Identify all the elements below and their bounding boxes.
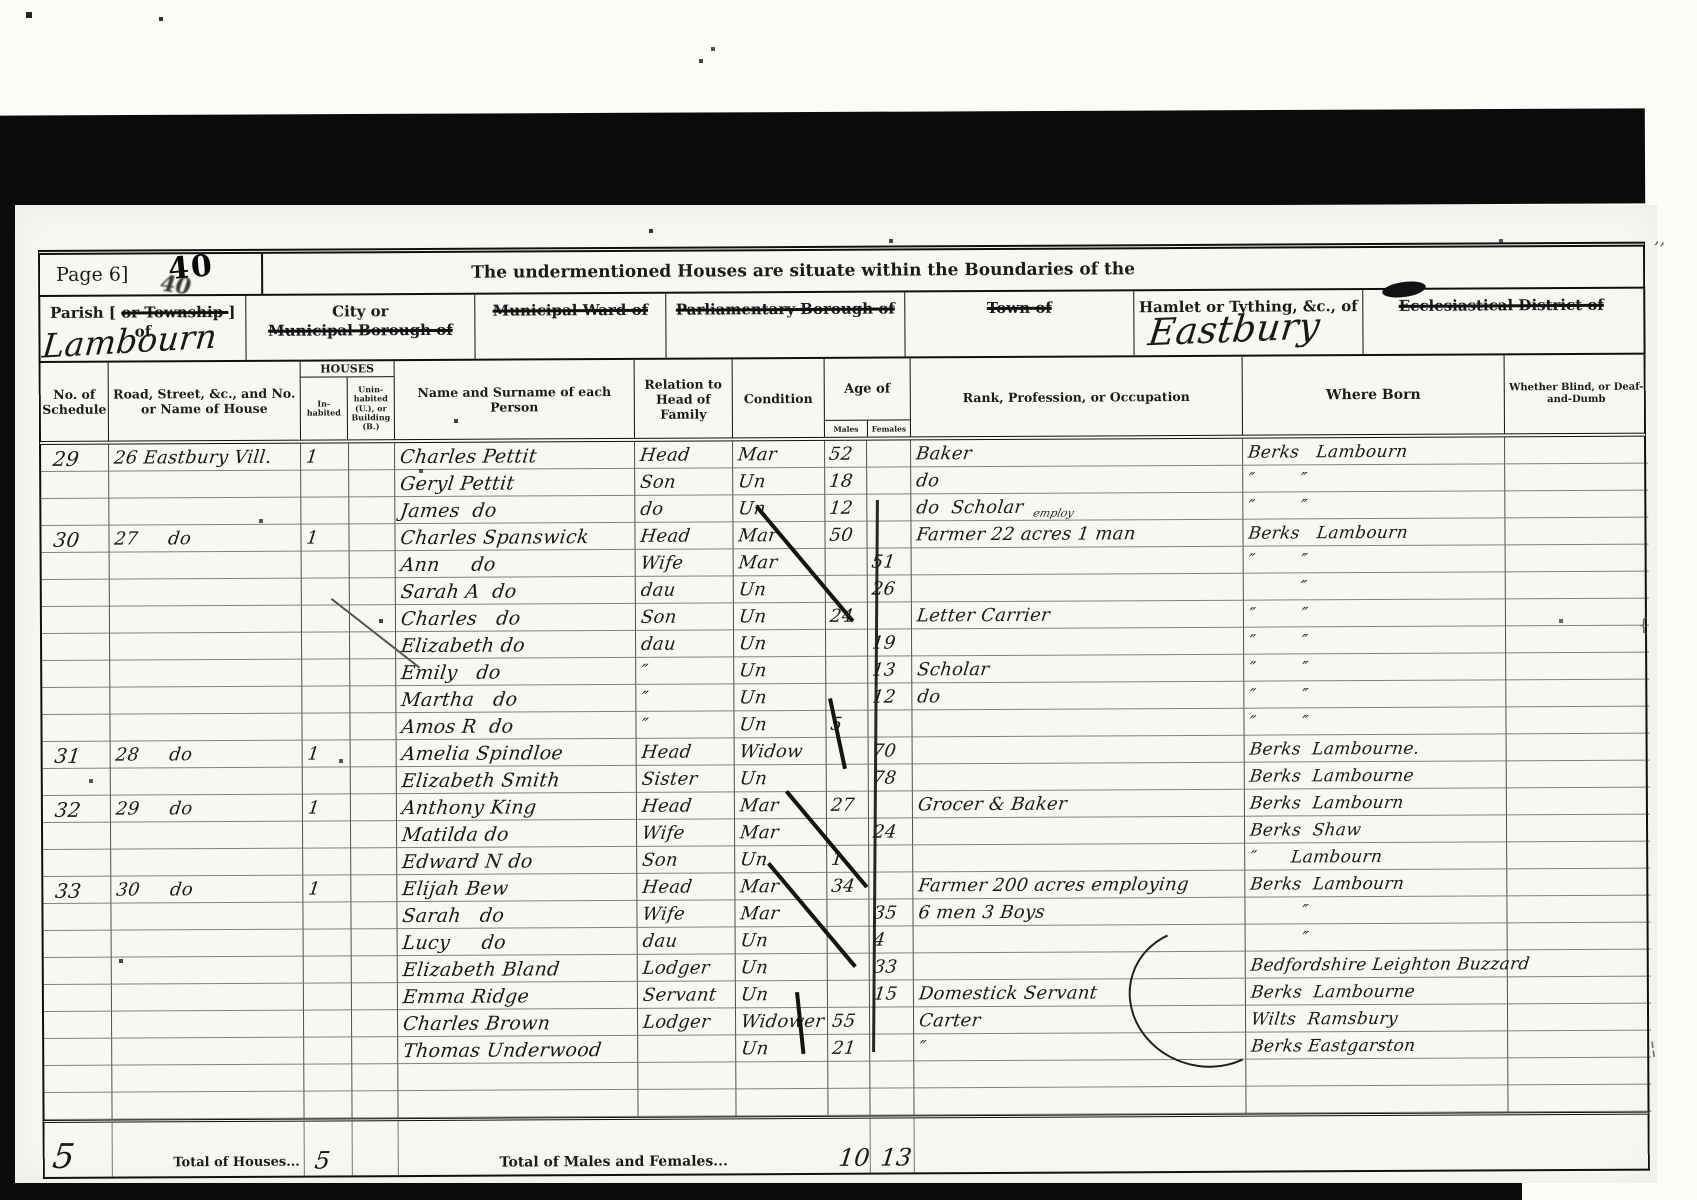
cell-occ bbox=[912, 628, 1244, 657]
totals-mf-label: Total of Males and Females... bbox=[399, 1119, 829, 1175]
col-header-schedule-line1: No. of bbox=[53, 387, 95, 402]
cell-f-value: 78 bbox=[867, 767, 897, 791]
cell-schedule bbox=[44, 985, 112, 1012]
cell-m bbox=[827, 765, 869, 792]
cell-uninh bbox=[349, 497, 395, 524]
cell-born-value: ″ Lambourn bbox=[1244, 845, 1384, 870]
cell-schedule bbox=[41, 499, 109, 526]
cell-name: Elijah Bew bbox=[397, 874, 637, 902]
cell-schedule-value: 31 bbox=[41, 744, 82, 768]
totals-schedule-figure: 5 bbox=[45, 1123, 113, 1177]
cell-rel-value: ″ bbox=[635, 660, 650, 684]
cell-blind bbox=[1507, 842, 1650, 870]
totals-males-value: 10 bbox=[827, 1143, 872, 1173]
cell-name-value: Lucy do bbox=[396, 931, 507, 956]
col-header-occupation: Rank, Profession, or Occupation bbox=[911, 357, 1243, 437]
cell-house: 27 do bbox=[109, 525, 301, 553]
cell-house bbox=[112, 957, 304, 985]
cell-born-value: Berks Lambourn bbox=[1244, 791, 1406, 816]
census-form: Page 6] The undermentioned Houses are si… bbox=[38, 242, 1650, 1179]
cell-m-value: 34 bbox=[826, 875, 856, 899]
cell-m bbox=[826, 657, 868, 684]
cell-born: Berks Lambourn bbox=[1245, 869, 1507, 897]
cell-occ-value: Farmer 22 acres 1 man bbox=[910, 522, 1137, 547]
district-label: Municipal Borough of bbox=[268, 321, 453, 340]
cell-uninh bbox=[352, 1037, 398, 1064]
totals-males-cell: 10 bbox=[829, 1119, 871, 1173]
cell-name: Elizabeth do bbox=[396, 631, 636, 659]
cell-born: ″ ″ bbox=[1244, 626, 1506, 654]
cell-blind bbox=[1505, 437, 1648, 465]
cell-rel-value: ″ bbox=[635, 687, 650, 711]
cell-inh-value: 1 bbox=[302, 878, 322, 902]
cell-rel: Wife bbox=[637, 819, 735, 847]
cell-f-value: 19 bbox=[867, 632, 897, 656]
cell-inh bbox=[303, 821, 351, 848]
cell-blind bbox=[1507, 788, 1650, 816]
cell-rel-value: Head bbox=[636, 876, 694, 900]
cell-born: ″ Lambourn bbox=[1245, 842, 1507, 870]
cell-occ-value: Grocer & Baker bbox=[912, 793, 1069, 818]
cell-m: 27 bbox=[827, 792, 869, 819]
cell-house bbox=[111, 903, 303, 931]
cell-occ-value: Letter Carrier bbox=[911, 604, 1052, 629]
cell-born-value: Berks Eastgarston bbox=[1245, 1034, 1417, 1059]
cell-schedule: 32 bbox=[43, 796, 111, 823]
cell-name: Emily do bbox=[396, 658, 636, 686]
cell-schedule bbox=[43, 904, 111, 931]
cell-uninh bbox=[351, 740, 397, 767]
cell-born-value: ″ ″ bbox=[1243, 683, 1310, 707]
district-box-4: Town of bbox=[905, 291, 1134, 356]
district-label: Parliamentary Borough of bbox=[676, 300, 895, 319]
cell-house bbox=[112, 1065, 304, 1093]
cell-occ: Baker bbox=[911, 439, 1243, 468]
cell-cond: Widower bbox=[736, 1008, 828, 1035]
cell-born: Berks Lambourne bbox=[1246, 977, 1508, 1005]
district-label: Municipal Ward of bbox=[493, 301, 648, 320]
cell-house bbox=[110, 579, 302, 607]
cell-uninh bbox=[350, 713, 396, 740]
district-boxes-row: Parish [ or Township ] of LambournCity o… bbox=[38, 289, 1645, 363]
cell-born-value: Berks Lambourne. bbox=[1243, 737, 1421, 762]
cell-m bbox=[828, 1062, 870, 1089]
cell-rel: dau bbox=[638, 927, 736, 955]
cell-name: Lucy do bbox=[398, 928, 638, 956]
cell-rel: ″ bbox=[636, 711, 734, 739]
cell-cond: Un bbox=[733, 468, 825, 495]
cell-name: Sarah A do bbox=[396, 577, 636, 605]
cell-born-value: Berks Lambourn bbox=[1242, 521, 1409, 546]
cell-house-value: 28 do bbox=[109, 743, 193, 767]
cell-m-value: 52 bbox=[824, 443, 854, 467]
cell-born: ″ ″ bbox=[1244, 653, 1506, 681]
cell-inh bbox=[304, 929, 352, 956]
cell-inh bbox=[302, 713, 350, 740]
cell-cond-value: Mar bbox=[732, 443, 778, 467]
cell-occ bbox=[912, 574, 1244, 603]
cell-rel-value: Head bbox=[634, 525, 692, 549]
cell-f bbox=[867, 521, 911, 548]
cell-f bbox=[867, 440, 911, 467]
cell-inh-value: 1 bbox=[300, 446, 320, 470]
cell-born-value: ″ ″ bbox=[1243, 710, 1310, 734]
cell-occ bbox=[913, 763, 1245, 792]
cell-cond: Un bbox=[734, 711, 826, 738]
cell-inh bbox=[304, 1064, 352, 1091]
cell-cond-value: Un bbox=[733, 686, 768, 710]
cell-occ: Farmer 22 acres 1 man bbox=[911, 520, 1243, 549]
cell-born: ″ ″ bbox=[1243, 491, 1505, 519]
cell-rel: Head bbox=[637, 792, 735, 820]
cell-name-value: Thomas Underwood bbox=[397, 1038, 603, 1063]
cell-blind bbox=[1505, 491, 1648, 519]
cell-uninh bbox=[351, 848, 397, 875]
cell-blind bbox=[1506, 707, 1649, 735]
cell-occ: Letter Carrier bbox=[912, 601, 1244, 630]
cell-rel: Lodger bbox=[638, 1008, 736, 1036]
cell-m bbox=[827, 738, 869, 765]
cell-m-value: 50 bbox=[824, 524, 854, 548]
district-label: Town of bbox=[987, 299, 1052, 317]
totals-females-value: 13 bbox=[869, 1142, 914, 1172]
cell-schedule: 31 bbox=[43, 742, 111, 769]
cell-born bbox=[1246, 1058, 1508, 1086]
cell-name-value: Elijah Bew bbox=[396, 877, 510, 902]
cell-schedule bbox=[42, 688, 110, 715]
cell-blind bbox=[1508, 923, 1651, 951]
cell-rel-value: Son bbox=[636, 849, 679, 873]
cell-uninh bbox=[352, 956, 398, 983]
cell-uninh bbox=[352, 929, 398, 956]
cell-name-value: James do bbox=[394, 499, 498, 524]
cell-cond: Un bbox=[736, 927, 828, 954]
cell-schedule bbox=[42, 661, 110, 688]
cell-f-value: 4 bbox=[868, 929, 887, 953]
cell-schedule bbox=[42, 607, 110, 634]
cell-rel bbox=[638, 1062, 736, 1090]
cell-house bbox=[111, 768, 303, 796]
cell-rel bbox=[638, 1089, 736, 1117]
cell-inh: 1 bbox=[301, 524, 349, 551]
cell-blind bbox=[1507, 734, 1650, 762]
col-header-females: Females bbox=[868, 420, 910, 436]
district-entry: Lambourn bbox=[41, 315, 219, 367]
cell-schedule bbox=[42, 634, 110, 661]
cell-m: 50 bbox=[825, 522, 867, 549]
cell-inh: 1 bbox=[303, 794, 351, 821]
cell-blind bbox=[1508, 950, 1651, 978]
cell-schedule bbox=[44, 1039, 112, 1066]
district-label: Parish [ bbox=[50, 304, 121, 322]
cell-uninh bbox=[350, 551, 396, 578]
cell-m bbox=[826, 630, 868, 657]
cell-uninh bbox=[351, 902, 397, 929]
cell-schedule bbox=[44, 1012, 112, 1039]
cell-schedule bbox=[41, 472, 109, 499]
cell-rel: Son bbox=[636, 603, 734, 631]
cell-m-value: 18 bbox=[824, 470, 854, 494]
cell-born: Berks Lambourne bbox=[1245, 761, 1507, 789]
cell-cond: Mar bbox=[733, 441, 825, 468]
cell-inh bbox=[304, 1091, 352, 1118]
cell-cond-value: Mar bbox=[734, 875, 780, 899]
cell-inh bbox=[302, 632, 350, 659]
cell-cond-value: Un bbox=[735, 1037, 770, 1061]
cell-inh-value: 1 bbox=[300, 527, 320, 551]
cell-rel: dau bbox=[636, 576, 734, 604]
cell-uninh bbox=[350, 686, 396, 713]
cell-name-value: Charles Pettit bbox=[394, 444, 538, 469]
totals-females-cell: 13 bbox=[871, 1118, 915, 1172]
cell-occ: Farmer 200 acres employing bbox=[913, 871, 1245, 900]
cell-blind bbox=[1506, 653, 1649, 681]
cell-born-value: Berks Lambourn bbox=[1242, 440, 1409, 465]
totals-houses-label: Total of Houses... bbox=[113, 1122, 305, 1177]
cell-blind bbox=[1506, 599, 1649, 627]
cell-name: Elizabeth Smith bbox=[397, 766, 637, 794]
cell-f bbox=[870, 1034, 914, 1061]
cell-rel-value: Wife bbox=[634, 552, 684, 576]
cell-schedule bbox=[43, 850, 111, 877]
cell-born: Berks Lambourn bbox=[1243, 437, 1505, 465]
cell-f: 51 bbox=[868, 548, 912, 575]
cell-rel-value: Wife bbox=[636, 822, 686, 846]
page-number-cell: Page 6] bbox=[40, 254, 263, 295]
district-box-0: Parish [ or Township ] of Lambourn bbox=[40, 296, 246, 361]
cell-name: Matilda do bbox=[397, 820, 637, 848]
cell-inh bbox=[304, 1010, 352, 1037]
cell-born-value: ″ bbox=[1242, 575, 1308, 599]
cell-name-value: Elizabeth do bbox=[395, 633, 527, 658]
cell-occ bbox=[913, 817, 1245, 846]
cell-born: Berks Lambourn bbox=[1243, 518, 1505, 546]
cell-uninh bbox=[352, 1091, 398, 1118]
cell-rel bbox=[638, 1035, 736, 1063]
cell-inh bbox=[304, 956, 352, 983]
cell-inh-value: 1 bbox=[301, 743, 321, 767]
cell-rel: Wife bbox=[636, 549, 734, 577]
cell-cond-value: Un bbox=[732, 470, 767, 494]
cell-rel: Head bbox=[637, 873, 735, 901]
cell-blind bbox=[1506, 572, 1649, 600]
cell-rel-value: dau bbox=[635, 633, 678, 657]
cell-f: 4 bbox=[870, 926, 914, 953]
cell-inh bbox=[302, 659, 350, 686]
cell-cond-value: Un bbox=[732, 578, 767, 602]
cell-uninh bbox=[351, 767, 397, 794]
cell-born: ″ ″ bbox=[1244, 545, 1506, 573]
cell-uninh bbox=[351, 821, 397, 848]
cell-cond bbox=[736, 1089, 828, 1116]
col-header-schedule-line2: Schedule bbox=[42, 402, 106, 417]
cell-name-value: Edward N do bbox=[396, 849, 534, 874]
cell-born: ″ bbox=[1245, 896, 1507, 924]
cell-blind bbox=[1505, 464, 1648, 492]
cell-rel: Head bbox=[635, 441, 733, 469]
cell-house bbox=[110, 552, 302, 580]
cell-born-value: Berks Lambourn bbox=[1244, 872, 1406, 897]
cell-name-value: Sarah do bbox=[396, 904, 506, 929]
cell-occ-value: Farmer 200 acres employing bbox=[912, 873, 1190, 898]
cell-name: Charles Spanswick bbox=[395, 523, 635, 551]
cell-name: Edward N do bbox=[397, 847, 637, 875]
cell-rel: Son bbox=[637, 846, 735, 874]
cell-uninh bbox=[350, 578, 396, 605]
cell-occ bbox=[914, 1087, 1246, 1116]
col-header-uninhabited: Unin-habited (U.), or Building (B.) bbox=[348, 377, 394, 439]
cell-uninh bbox=[352, 1010, 398, 1037]
cell-uninh bbox=[352, 983, 398, 1010]
cell-born-value: Berks Shaw bbox=[1244, 818, 1363, 843]
cell-inh bbox=[303, 848, 351, 875]
cell-uninh bbox=[352, 1064, 398, 1091]
cell-house bbox=[110, 687, 302, 715]
cell-schedule bbox=[42, 580, 110, 607]
cell-house: 29 do bbox=[111, 795, 303, 823]
margin-mark: { bbox=[1638, 615, 1649, 636]
cell-occ-value: 6 men 3 Boys bbox=[912, 901, 1046, 926]
cell-occ bbox=[913, 844, 1245, 873]
cell-occ-value: Domestick Servant bbox=[912, 981, 1098, 1006]
cell-house bbox=[110, 606, 302, 634]
cell-m bbox=[828, 1089, 870, 1116]
cell-m-value: 12 bbox=[824, 497, 854, 521]
cell-house bbox=[112, 930, 304, 958]
cell-rel-value: do bbox=[634, 498, 665, 522]
cell-cond: Mar bbox=[735, 792, 827, 819]
cell-m bbox=[827, 900, 869, 927]
cell-inh bbox=[303, 767, 351, 794]
cell-born-value: ″ ″ bbox=[1243, 602, 1310, 626]
cell-occ: Scholar bbox=[912, 655, 1244, 684]
cell-m-value: 55 bbox=[827, 1010, 857, 1034]
cell-occ-value: do Scholar bbox=[910, 496, 1025, 521]
cell-f-value: 13 bbox=[867, 659, 897, 683]
totals-houses-value-cell: 5 bbox=[305, 1121, 353, 1175]
totals-row: 5 Total of Houses... 5 Total of Males an… bbox=[43, 1112, 1650, 1179]
cell-occ-value: Carter bbox=[913, 1009, 982, 1033]
cell-house bbox=[110, 633, 302, 661]
cell-inh: 1 bbox=[301, 443, 349, 470]
col-header-houses-group: HOUSES In-habited Unin-habited (U.), or … bbox=[301, 361, 395, 439]
cell-blind bbox=[1506, 626, 1649, 654]
cell-rel-value: Servant bbox=[637, 983, 718, 1007]
cell-name-value: Emily do bbox=[395, 661, 502, 686]
cell-cond: Un bbox=[734, 576, 826, 603]
cell-uninh bbox=[350, 659, 396, 686]
column-headers-row: No. of Schedule Road, Street, &c., and N… bbox=[39, 355, 1646, 445]
col-header-relation: Relation to Head of Family bbox=[635, 359, 733, 438]
cell-inh bbox=[302, 686, 350, 713]
cell-born: Berks Lambourne. bbox=[1245, 734, 1507, 762]
cell-m: 52 bbox=[825, 441, 867, 468]
cell-f bbox=[870, 1007, 914, 1034]
scan-black-edge-left bbox=[0, 126, 15, 1200]
cell-name-value: Anthony King bbox=[396, 795, 538, 820]
cell-inh bbox=[301, 470, 349, 497]
cell-cond: Un bbox=[735, 846, 827, 873]
cell-name-value: Elizabeth Smith bbox=[395, 768, 561, 793]
cell-name-value: Ann do bbox=[394, 553, 497, 578]
cell-occ: do bbox=[911, 466, 1243, 495]
cell-born: ″ ″ bbox=[1244, 680, 1506, 708]
cell-name-value: Charles Spanswick bbox=[394, 525, 590, 550]
cell-name bbox=[398, 1063, 638, 1091]
district-box-1: City or Municipal Borough of bbox=[246, 295, 475, 360]
cell-schedule-value: 30 bbox=[40, 528, 81, 552]
cell-f bbox=[870, 1061, 914, 1088]
cell-name: Elizabeth Bland bbox=[398, 955, 638, 983]
cell-name bbox=[398, 1090, 638, 1118]
col-header-schedule: No. of Schedule bbox=[41, 363, 109, 441]
cell-schedule bbox=[43, 823, 111, 850]
scan-speckles bbox=[0, 0, 2, 2]
cell-rel: dau bbox=[636, 630, 734, 658]
district-box-2: Municipal Ward of bbox=[475, 294, 666, 359]
cell-rel: ″ bbox=[636, 684, 734, 712]
cell-schedule bbox=[44, 958, 112, 985]
col-header-males: Males bbox=[825, 421, 868, 437]
cell-occ: do Scholaremploy bbox=[911, 493, 1243, 522]
col-header-condition: Condition bbox=[733, 359, 825, 437]
cell-occ bbox=[912, 547, 1244, 576]
cell-born-value: ″ ″ bbox=[1243, 656, 1310, 680]
cell-m-value: 27 bbox=[826, 794, 856, 818]
cell-schedule: 33 bbox=[43, 877, 111, 904]
cell-name: Martha do bbox=[396, 685, 636, 713]
totals-spacer bbox=[353, 1121, 399, 1175]
cell-name: Charles Brown bbox=[398, 1009, 638, 1037]
cell-name-value: Emma Ridge bbox=[397, 984, 531, 1009]
cell-blind bbox=[1508, 1058, 1651, 1086]
cell-born-value: ″ bbox=[1244, 899, 1310, 923]
cell-blind bbox=[1507, 869, 1650, 897]
cell-cond-value: Un bbox=[733, 659, 768, 683]
cell-cond: Un bbox=[735, 765, 827, 792]
cell-uninh bbox=[351, 794, 397, 821]
cell-house bbox=[110, 714, 302, 742]
cell-occ-value: Scholar bbox=[911, 658, 991, 682]
cell-f bbox=[867, 494, 911, 521]
cell-rel: ″ bbox=[636, 657, 734, 685]
cell-born: ″ ″ bbox=[1244, 707, 1506, 735]
cell-name: Thomas Underwood bbox=[398, 1036, 638, 1064]
district-box-5: Hamlet or Tything, &c., of Eastbury bbox=[1134, 290, 1363, 355]
scan-black-band-top bbox=[0, 108, 1645, 210]
col-header-age-group: Age of Males Females bbox=[825, 358, 911, 436]
cell-rel-value: Sister bbox=[635, 768, 698, 792]
cell-cond-value: Un bbox=[733, 605, 768, 629]
cell-name-value: Elizabeth Bland bbox=[396, 957, 561, 982]
district-label: City or bbox=[332, 302, 389, 320]
cell-born-value: ″ ″ bbox=[1242, 494, 1309, 518]
cell-cond-value: Mar bbox=[732, 551, 778, 575]
cell-born: ″ bbox=[1246, 923, 1508, 951]
cell-born: ″ bbox=[1244, 572, 1506, 600]
cell-name: Emma Ridge bbox=[398, 982, 638, 1010]
totals-schedule-value: 5 bbox=[42, 1137, 77, 1177]
cell-born-value: Berks Lambourne bbox=[1243, 764, 1415, 789]
cell-rel: do bbox=[635, 495, 733, 523]
cell-rel: Lodger bbox=[638, 954, 736, 982]
cell-occ: Grocer & Baker bbox=[913, 790, 1245, 819]
cell-cond: Un bbox=[734, 630, 826, 657]
cell-house-value: 30 do bbox=[110, 878, 194, 902]
cell-blind bbox=[1507, 761, 1650, 789]
cell-house-value: 27 do bbox=[108, 527, 192, 551]
cell-blind bbox=[1507, 815, 1650, 843]
